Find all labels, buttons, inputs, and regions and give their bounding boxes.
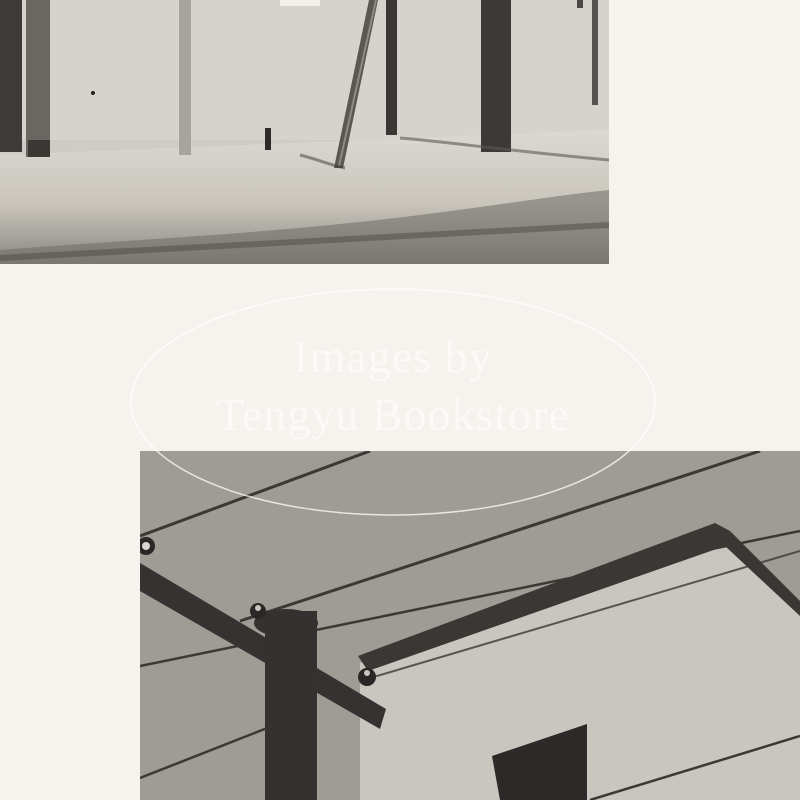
watermark-line-2: Tengyu Bookstore [128,388,658,441]
scanned-book-page: Images by Tengyu Bookstore [0,0,800,800]
street-corner-building-photo [0,0,609,264]
watermark-line-1: Images by [128,330,658,383]
street-corner-building-image [0,0,609,264]
utility-pole-and-building-photo [140,451,800,800]
utility-pole-building-image [140,451,800,800]
